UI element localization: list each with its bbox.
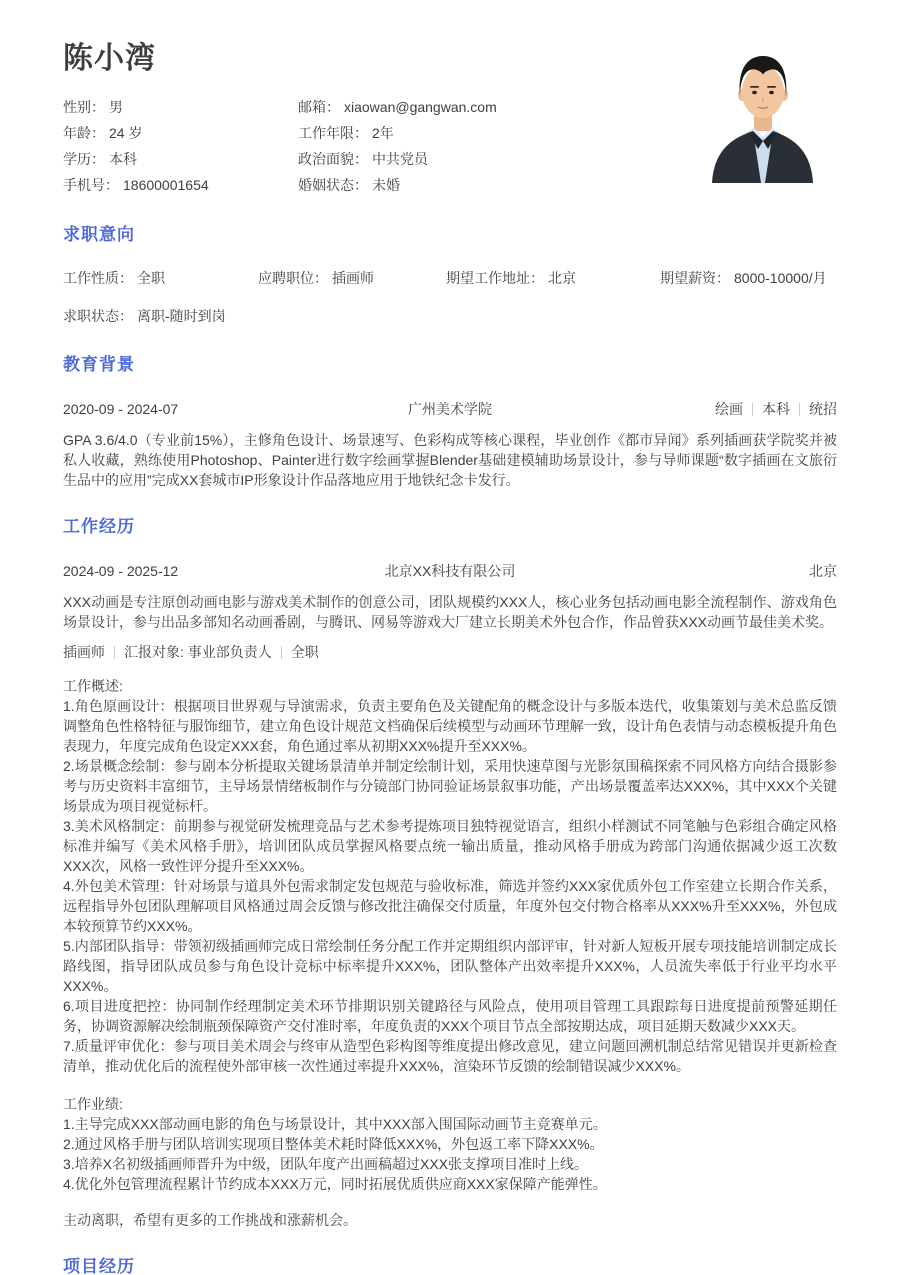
info-age: 年龄： 24 岁 [63,120,298,146]
resume-header: 陈小湾 [63,0,837,198]
resume-page: 陈小湾 [0,0,900,1275]
info-value: 2年 [372,123,394,143]
intent-label: 期望工作地址： [446,268,544,288]
work-achievement-item: 3.培养X名初级插画师晋升为中级，团队年度产出画稿超过XXX张支撑项目准时上线。 [63,1154,837,1174]
company-intro: XXX动画是专注原创动画电影与游戏美术制作的创意公司，团队规模约XXX人，核心业… [63,592,837,632]
work-overview-item: 1.角色原画设计：根据项目世界观与导演需求，负责主要角色及关键配角的概念设计与多… [63,696,837,756]
info-label: 婚姻状态： [298,175,368,195]
info-degree: 学历： 本科 [63,146,298,172]
intent-job-type: 工作性质： 全职 [63,268,258,288]
basic-info-left-column: 性别： 男 年龄： 24 岁 学历： 本科 手机号： 18600001654 [63,94,298,198]
intent-value: 插画师 [332,268,374,288]
intent-position: 应聘职位： 插画师 [258,268,446,288]
intent-status: 求职状态： 离职-随时到岗 [63,306,226,326]
intent-value: 8000-10000/月 [734,268,827,288]
intent-label: 工作性质： [63,268,133,288]
info-label: 年龄： [63,123,105,143]
leaving-reason: 主动离职，希望有更多的工作挑战和涨薪机会。 [63,1210,837,1230]
work-overview-heading: 工作概述: [63,676,837,696]
education-school: 广州美术学院 [283,398,617,420]
section-education: 教育背景 2020-09 - 2024-07 广州美术学院 绘画本科统招 GPA… [63,354,837,490]
work-role-line: 插画师汇报对象: 事业部负责人全职 [63,642,837,662]
intent-salary: 期望薪资： 8000-10000/月 [660,268,837,288]
work-overview-item: 4.外包美术管理：针对场景与道具外包需求制定发包规范与验收标准，筛选并签约XXX… [63,876,837,936]
info-label: 学历： [63,149,105,169]
education-degree: 本科 [762,401,790,417]
profile-photo-illustration [702,45,823,183]
divider [799,403,800,416]
work-achievements: 工作业绩: 1.主导完成XXX部动画电影的角色与场景设计，其中XXX部入围国际动… [63,1094,837,1194]
info-label: 工作年限： [298,123,368,143]
work-achievements-heading: 工作业绩: [63,1094,837,1114]
education-title: 教育背景 [63,354,837,376]
intent-value: 离职-随时到岗 [137,306,226,326]
job-intention-row-2: 求职状态： 离职-随时到岗 [63,306,837,326]
info-value: 未婚 [372,175,400,195]
work-experience-title: 工作经历 [63,516,837,538]
work-overview-item: 7.质量评审优化：参与项目美术周会与终审从造型色彩构图等维度提出修改意见，建立问… [63,1036,837,1076]
education-enrollment-type: 统招 [809,401,837,417]
work-period: 2024-09 - 2025-12 [63,560,283,582]
job-intention-row-1: 工作性质： 全职 应聘职位： 插画师 期望工作地址： 北京 期望薪资： 8000… [63,268,837,288]
intent-value: 全职 [137,268,165,288]
education-tags: 绘画本科统招 [617,398,837,420]
info-value: 本科 [109,149,137,169]
work-overview-item: 3.美术风格制定：前期参与视觉研发梳理竞品与艺术参考提炼项目独特视觉语言，组织小… [63,816,837,876]
work-achievement-item: 4.优化外包管理流程累计节约成本XXX万元，同时拓展优质供应商XXX家保障产能弹… [63,1174,837,1194]
intent-location: 期望工作地址： 北京 [446,268,660,288]
work-overview-item: 5.内部团队指导：带领初级插画师完成日常绘制任务分配工作并定期组织内部评审，针对… [63,936,837,996]
work-company: 北京XX科技有限公司 [283,560,617,582]
intent-label: 应聘职位： [258,268,328,288]
info-label: 性别： [63,97,105,117]
info-label: 政治面貌： [298,149,368,169]
job-intention-title: 求职意向 [63,224,837,246]
info-label: 手机号： [63,175,119,195]
work-location: 北京 [617,560,837,582]
intent-label: 期望薪资： [660,268,730,288]
education-period: 2020-09 - 2024-07 [63,398,283,420]
intent-label: 求职状态： [63,306,133,326]
divider [752,403,753,416]
work-overview-item: 2.场景概念绘制：参与剧本分析提取关键场景清单并制定绘制计划，采用快速草图与光影… [63,756,837,816]
intent-value: 北京 [548,268,576,288]
info-label: 邮箱： [298,97,340,117]
divider [281,646,282,659]
work-entry-header: 2024-09 - 2025-12 北京XX科技有限公司 北京 [63,560,837,582]
divider [114,646,115,659]
section-job-intention: 求职意向 工作性质： 全职 应聘职位： 插画师 期望工作地址： 北京 期望薪资：… [63,224,837,326]
work-achievement-item: 1.主导完成XXX部动画电影的角色与场景设计，其中XXX部入围国际动画节主竞赛单… [63,1114,837,1134]
work-overview-item: 6.项目进度把控：协同制作经理制定美术环节排期识别关键路径与风险点，使用项目管理… [63,996,837,1036]
info-gender: 性别： 男 [63,94,298,120]
projects-title: 项目经历 [63,1256,837,1275]
info-value: xiaowan@gangwan.com [344,99,497,115]
info-value: 24 岁 [109,123,142,143]
info-value: 18600001654 [123,177,209,193]
education-description: GPA 3.6/4.0（专业前15%），主修角色设计、场景速写、色彩构成等核心课… [63,430,837,490]
info-value: 中共党员 [372,149,428,169]
section-work-experience: 工作经历 2024-09 - 2025-12 北京XX科技有限公司 北京 XXX… [63,516,837,1230]
education-entry-header: 2020-09 - 2024-07 广州美术学院 绘画本科统招 [63,398,837,420]
education-major: 绘画 [715,401,743,417]
work-employment-type: 全职 [291,644,319,660]
work-role: 插画师 [63,644,105,660]
info-value: 男 [109,97,123,117]
work-achievement-item: 2.通过风格手册与团队培训实现项目整体美术耗时降低XXX%，外包返工率下降XXX… [63,1134,837,1154]
work-report-to: 汇报对象: 事业部负责人 [124,644,272,660]
profile-photo [702,45,823,183]
section-projects: 项目经历 [63,1256,837,1275]
info-phone: 手机号： 18600001654 [63,172,298,198]
work-overview: 工作概述: 1.角色原画设计：根据项目世界观与导演需求，负责主要角色及关键配角的… [63,676,837,1076]
